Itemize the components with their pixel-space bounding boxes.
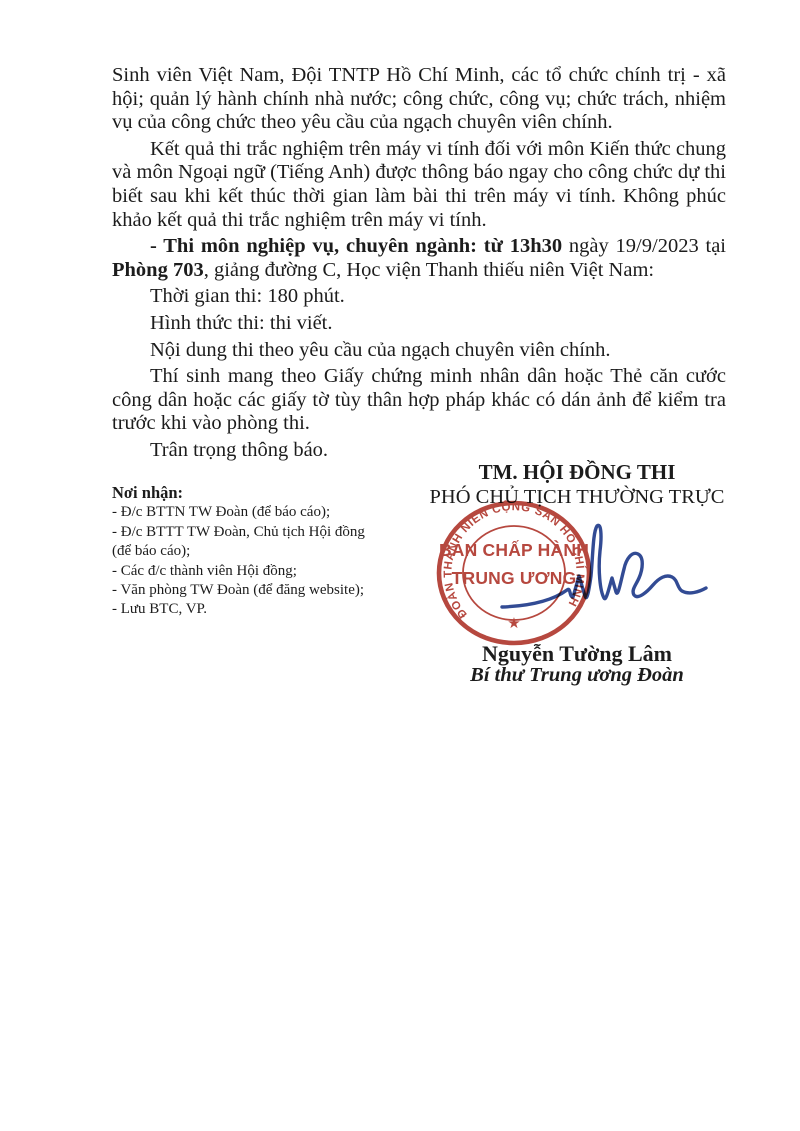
document-page: Sinh viên Việt Nam, Đội TNTP Hồ Chí Minh… [0,0,800,1131]
recipient-item: - Lưu BTC, VP. [112,600,366,619]
recipient-item: - Đ/c BTTN TW Đoàn (để báo cáo); [112,503,366,522]
paragraph: Trân trọng thông báo. [112,439,726,463]
handwritten-signature [480,512,710,620]
recipient-item: - Văn phòng TW Đoàn (để đăng website); [112,581,366,600]
text-run: Thí sinh mang theo Giấy chứng minh nhân … [112,365,726,434]
signature-committee-line: TM. HỘI ĐỒNG THI [424,460,730,485]
text-run: - Thi môn nghiệp vụ, chuyên ngành: từ 13… [150,235,562,257]
paragraph: Sinh viên Việt Nam, Đội TNTP Hồ Chí Minh… [112,64,726,135]
body-paragraphs: Sinh viên Việt Nam, Đội TNTP Hồ Chí Minh… [112,64,726,466]
paragraph: Nội dung thi theo yêu cầu của ngạch chuy… [112,339,726,363]
text-run: Trân trọng thông báo. [150,439,328,461]
recipients-block: Nơi nhận: - Đ/c BTTN TW Đoàn (để báo cáo… [112,483,366,620]
paragraph: Kết quả thi trắc nghiệm trên máy vi tính… [112,138,726,232]
text-run: Hình thức thi: thi viết. [150,312,333,334]
paragraph: Thí sinh mang theo Giấy chứng minh nhân … [112,365,726,436]
text-run: Kết quả thi trắc nghiệm trên máy vi tính… [112,138,726,231]
text-run: , giảng đường C, Học viện Thanh thiếu ni… [204,259,654,281]
text-run: Phòng 703 [112,259,204,281]
paragraph: Hình thức thi: thi viết. [112,312,726,336]
text-run: ngày 19/9/2023 tại [562,235,726,257]
text-run: Sinh viên Việt Nam, Đội TNTP Hồ Chí Minh… [112,64,726,133]
recipient-item: - Các đ/c thành viên Hội đồng; [112,562,366,581]
signer-title: Bí thư Trung ương Đoàn [424,664,730,687]
recipients-list: - Đ/c BTTN TW Đoàn (để báo cáo);- Đ/c BT… [112,503,366,619]
paragraph: - Thi môn nghiệp vụ, chuyên ngành: từ 13… [112,235,726,282]
signature-stroke [502,525,706,607]
recipients-heading: Nơi nhận: [112,483,366,502]
text-run: Nội dung thi theo yêu cầu của ngạch chuy… [150,339,611,361]
text-run: Thời gian thi: 180 phút. [150,285,345,307]
paragraph: Thời gian thi: 180 phút. [112,285,726,309]
recipient-item: - Đ/c BTTT TW Đoàn, Chủ tịch Hội đồng (đ… [112,523,366,562]
